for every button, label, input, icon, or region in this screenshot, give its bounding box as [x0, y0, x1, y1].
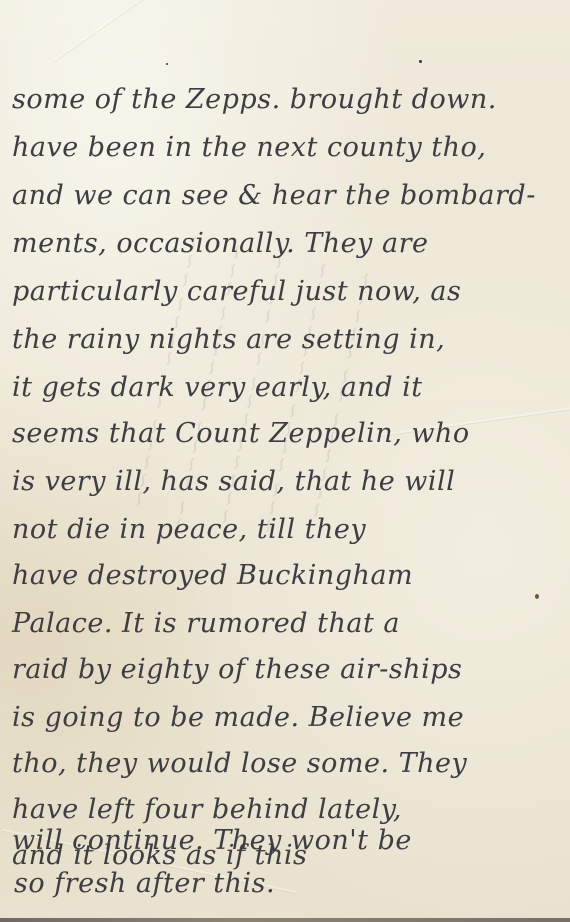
letter-line-8: seems that Count Zeppelin, who: [12, 418, 470, 449]
letter-line-18: will continue. They won't be: [12, 825, 412, 856]
letter-line-13: raid by eighty of these air-ships: [12, 654, 462, 685]
letter-line-14: is going to be made. Believe me: [12, 702, 464, 733]
paper-speck: [166, 63, 168, 65]
letter-line-11: have destroyed Buckingham: [12, 560, 413, 591]
letter-line-15: tho, they would lose some. They: [12, 748, 467, 779]
letter-line-4: ments, occasionally. They are: [12, 228, 428, 259]
letter-line-7: it gets dark very early, and it: [12, 372, 423, 403]
letter-line-5: particularly careful just now, as: [12, 276, 461, 307]
letter-page: ~~~ ~~~~ ~~ ~~~~~ ~~~ ~~~~~~ ~~~~ ~~ ~~~…: [0, 0, 570, 918]
letter-line-6: the rainy nights are setting in,: [12, 324, 445, 355]
letter-line-10: not die in peace, till they: [12, 514, 366, 545]
letter-line-12: Palace. It is rumored that a: [12, 608, 400, 639]
paper-speck: [419, 60, 422, 63]
paper-crease: [52, 0, 168, 62]
letter-line-1: some of the Zepps. brought down.: [12, 84, 497, 115]
letter-line-19: so fresh after this.: [14, 868, 275, 899]
letter-line-2: have been in the next county tho,: [12, 132, 486, 163]
paper-speck: [535, 594, 539, 599]
scan-edge: [0, 918, 570, 922]
letter-line-9: is very ill, has said, that he will: [12, 466, 455, 497]
letter-line-16: have left four behind lately,: [12, 794, 402, 825]
letter-line-3: and we can see & hear the bombard-: [12, 180, 536, 211]
